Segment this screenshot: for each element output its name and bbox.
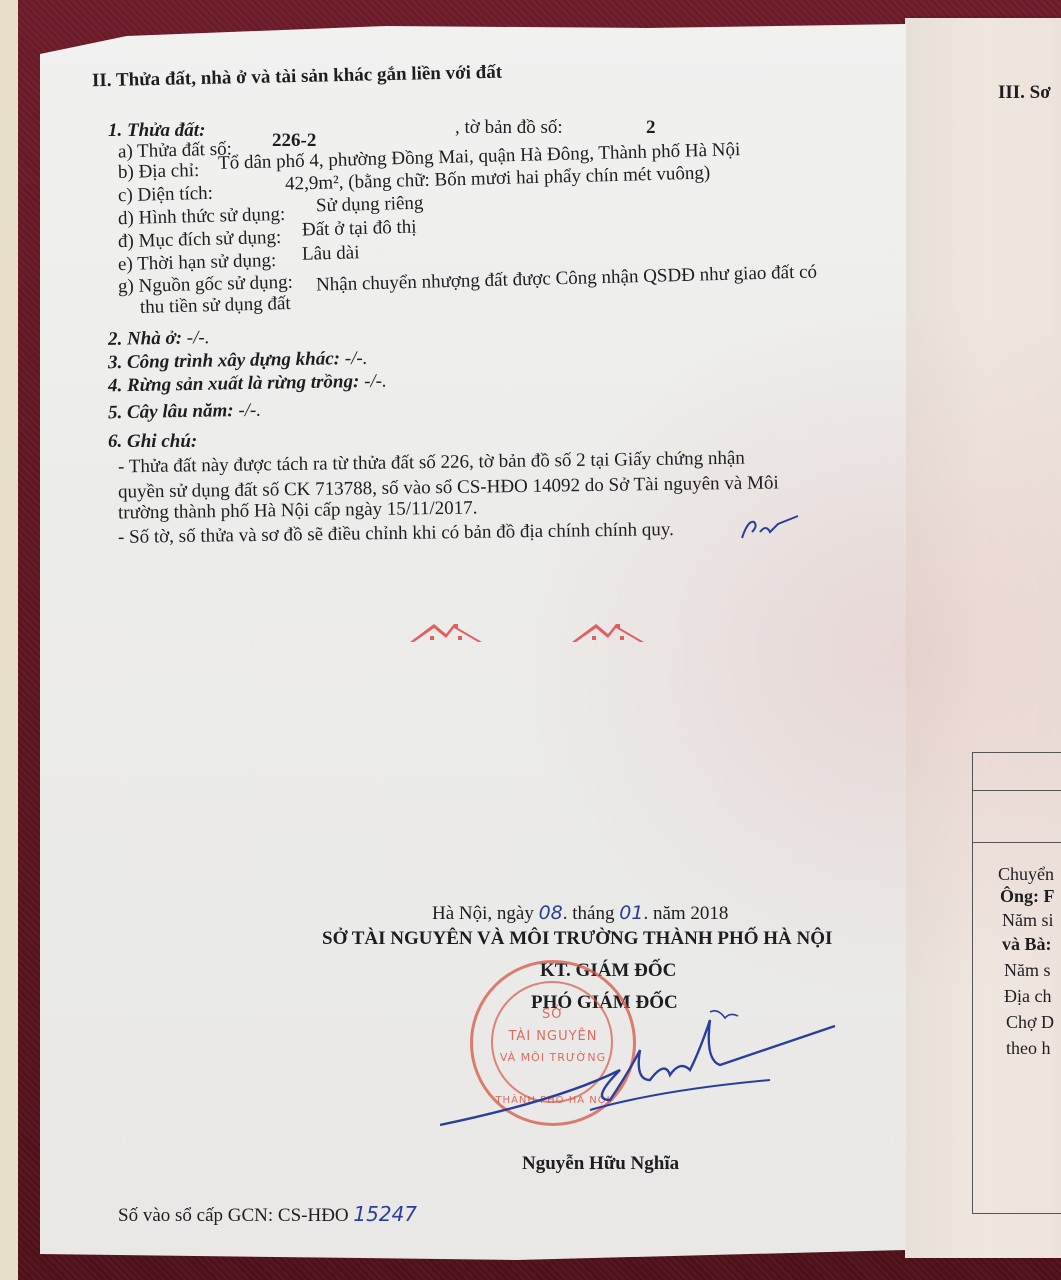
right-text-line: Năm s — [1004, 960, 1051, 981]
date-prefix: Hà Nội, ngày — [432, 903, 534, 924]
right-page-table — [972, 752, 1061, 1214]
house-roof-icon — [408, 620, 484, 644]
initials-mark — [738, 514, 808, 542]
item-label: 2. Nhà ở: — [108, 328, 182, 350]
right-text-line: và Bà: — [1002, 934, 1052, 955]
parcel-value: 226-2 — [272, 130, 316, 152]
handwritten-month: 01 — [619, 902, 643, 924]
agency-name: SỞ TÀI NGUYÊN VÀ MÔI TRƯỜNG THÀNH PHỐ HÀ… — [322, 928, 832, 950]
signing-date: Hà Nội, ngày 08. tháng 01. năm 2018 — [432, 902, 728, 925]
item-house: 2. Nhà ở: -/-. — [108, 327, 210, 351]
map-sheet-label: , tờ bản đồ số: — [455, 117, 563, 139]
item-label: 4. Rừng sản xuất là rừng trồng: — [108, 371, 360, 396]
usage-form-value: Sử dụng riêng — [316, 193, 424, 218]
item-value: -/-. — [364, 371, 387, 392]
origin-value-line2: thu tiền sử dụng đất — [140, 293, 291, 319]
right-text-line: Chợ D — [1006, 1012, 1054, 1033]
year-label: năm 2018 — [653, 903, 728, 924]
handwritten-registry-number: 15247 — [353, 1202, 417, 1226]
map-sheet-value: 2 — [646, 117, 656, 139]
house-roof-icon — [570, 620, 646, 644]
right-text-line: Địa ch — [1004, 986, 1051, 1007]
month-label: tháng — [572, 903, 614, 924]
item-value: -/-. — [345, 348, 368, 369]
area-label: c) Diện tích: — [118, 183, 214, 207]
item-perennial-trees: 5. Cây lâu năm: -/-. — [108, 400, 261, 425]
item-value: -/-. — [187, 327, 210, 348]
table-divider — [972, 790, 1061, 791]
item-label: 3. Công trình xây dựng khác: — [108, 348, 340, 373]
address-label: b) Địa chỉ: — [118, 160, 200, 184]
notes-heading: 6. Ghi chú: — [108, 431, 197, 453]
right-text-line: Ông: F — [1000, 886, 1055, 907]
registry-number: Số vào sổ cấp GCN: CS-HĐO 15247 — [118, 1203, 417, 1227]
purpose-value: Đất ở tại đô thị — [302, 217, 417, 242]
usage-form-label: d) Hình thức sử dụng: — [118, 204, 286, 230]
table-divider — [972, 842, 1061, 843]
left-edge-strip — [0, 0, 18, 1280]
right-text-line: Năm si — [1002, 910, 1054, 931]
purpose-label: đ) Mục đích sử dụng: — [118, 227, 282, 253]
item-value: -/-. — [238, 400, 261, 421]
right-text-line: Chuyển — [998, 864, 1054, 885]
item-other-construction: 3. Công trình xây dựng khác: -/-. — [108, 348, 368, 375]
term-value: Lâu dài — [302, 242, 360, 265]
item-label: 5. Cây lâu năm: — [108, 400, 234, 423]
registry-label: Số vào sổ cấp GCN: CS-HĐO — [118, 1205, 349, 1226]
handwritten-day: 08 — [539, 902, 563, 924]
signer-name: Nguyễn Hữu Nghĩa — [522, 1153, 679, 1175]
right-page-title: III. Sơ — [998, 82, 1051, 104]
signature — [440, 1010, 840, 1130]
right-text-line: theo h — [1006, 1038, 1051, 1059]
